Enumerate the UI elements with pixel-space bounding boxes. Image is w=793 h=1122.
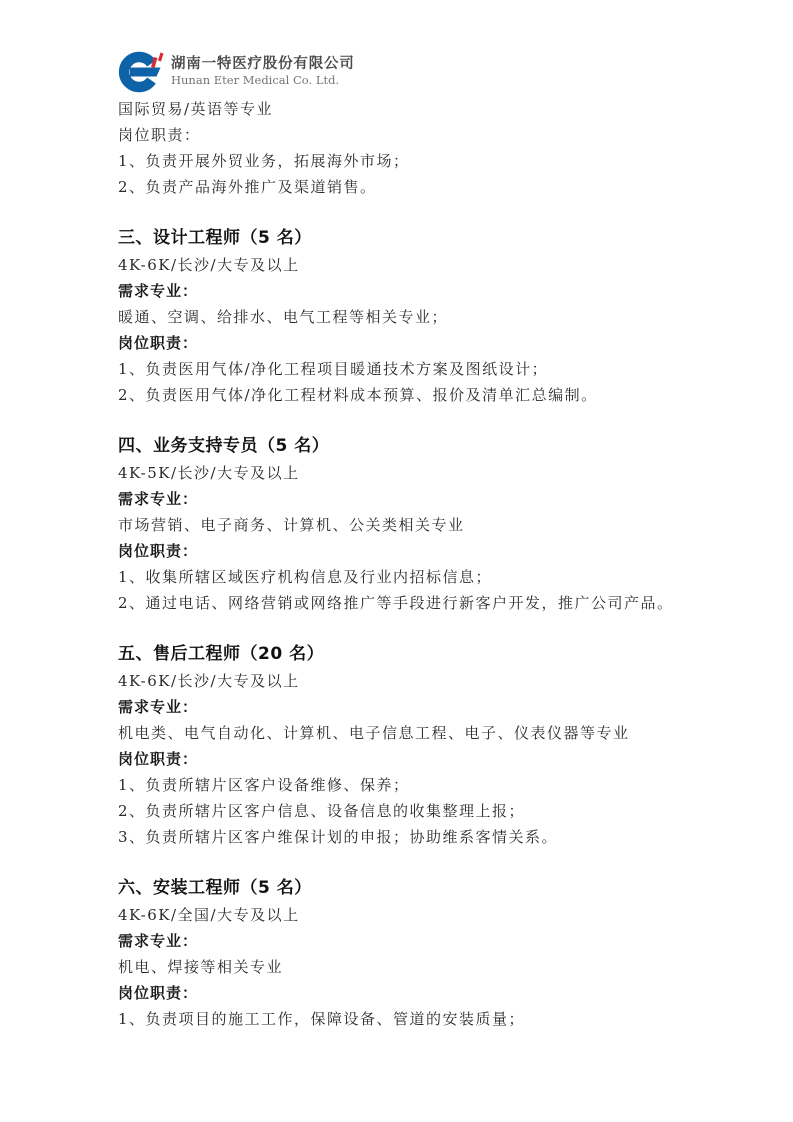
job-duty-item: 1、负责所辖片区客户设备维修、保养； bbox=[118, 772, 723, 798]
job-majors: 市场营销、电子商务、计算机、公关类相关专业 bbox=[118, 512, 723, 538]
job-duty-item: 1、收集所辖区域医疗机构信息及行业内招标信息； bbox=[118, 564, 723, 590]
intro-majors: 国际贸易/英语等专业 bbox=[118, 96, 723, 122]
job-title: 四、业务支持专员（5 名） bbox=[118, 432, 723, 460]
company-name-block: 湖南一特医疗股份有限公司 Hunan Eter Medical Co. Ltd. bbox=[171, 48, 355, 88]
job-duty-item: 2、负责所辖片区客户信息、设备信息的收集整理上报； bbox=[118, 798, 723, 824]
job-duty-item: 2、负责医用气体/净化工程材料成本预算、报价及清单汇总编制。 bbox=[118, 382, 723, 408]
company-logo-icon bbox=[118, 48, 164, 94]
job-title: 五、售后工程师（20 名） bbox=[118, 640, 723, 668]
job-duty-item: 1、负责医用气体/净化工程项目暖通技术方案及图纸设计； bbox=[118, 356, 723, 382]
job-salary-line: 4K-6K/长沙/大专及以上 bbox=[118, 252, 723, 278]
company-name-english: Hunan Eter Medical Co. Ltd. bbox=[171, 73, 355, 88]
major-label: 需求专业： bbox=[118, 278, 723, 304]
job-salary-line: 4K-6K/全国/大专及以上 bbox=[118, 902, 723, 928]
intro-duty-item: 1、负责开展外贸业务，拓展海外市场； bbox=[118, 148, 723, 174]
intro-duty-item: 2、负责产品海外推广及渠道销售。 bbox=[118, 174, 723, 200]
intro-duty-label: 岗位职责： bbox=[118, 122, 723, 148]
major-label: 需求专业： bbox=[118, 486, 723, 512]
job-duty-item: 3、负责所辖片区客户维保计划的申报；协助维系客情关系。 bbox=[118, 824, 723, 850]
job-duty-item: 2、通过电话、网络营销或网络推广等手段进行新客户开发，推广公司产品。 bbox=[118, 590, 723, 616]
company-header: 湖南一特医疗股份有限公司 Hunan Eter Medical Co. Ltd. bbox=[118, 48, 723, 95]
job-majors: 机电类、电气自动化、计算机、电子信息工程、电子、仪表仪器等专业 bbox=[118, 720, 723, 746]
intro-section: 国际贸易/英语等专业 岗位职责： 1、负责开展外贸业务，拓展海外市场； 2、负责… bbox=[118, 96, 723, 200]
company-name-chinese: 湖南一特医疗股份有限公司 bbox=[171, 54, 355, 73]
job-majors: 暖通、空调、给排水、电气工程等相关专业； bbox=[118, 304, 723, 330]
duty-label: 岗位职责： bbox=[118, 980, 723, 1006]
duty-label: 岗位职责： bbox=[118, 330, 723, 356]
duty-label: 岗位职责： bbox=[118, 746, 723, 772]
job-title: 三、设计工程师（5 名） bbox=[118, 224, 723, 252]
job-duty-item: 1、负责项目的施工工作，保障设备、管道的安装质量； bbox=[118, 1006, 723, 1032]
job-title: 六、安装工程师（5 名） bbox=[118, 874, 723, 902]
job-section-design-engineer: 三、设计工程师（5 名） 4K-6K/长沙/大专及以上 需求专业： 暖通、空调、… bbox=[118, 224, 723, 408]
job-section-aftersales-engineer: 五、售后工程师（20 名） 4K-6K/长沙/大专及以上 需求专业： 机电类、电… bbox=[118, 640, 723, 850]
major-label: 需求专业： bbox=[118, 694, 723, 720]
major-label: 需求专业： bbox=[118, 928, 723, 954]
document-page: 湖南一特医疗股份有限公司 Hunan Eter Medical Co. Ltd.… bbox=[0, 0, 793, 1122]
duty-label: 岗位职责： bbox=[118, 538, 723, 564]
document-body: 国际贸易/英语等专业 岗位职责： 1、负责开展外贸业务，拓展海外市场； 2、负责… bbox=[118, 96, 723, 1032]
job-section-installation-engineer: 六、安装工程师（5 名） 4K-6K/全国/大专及以上 需求专业： 机电、焊接等… bbox=[118, 874, 723, 1032]
job-majors: 机电、焊接等相关专业 bbox=[118, 954, 723, 980]
job-salary-line: 4K-6K/长沙/大专及以上 bbox=[118, 668, 723, 694]
job-salary-line: 4K-5K/长沙/大专及以上 bbox=[118, 460, 723, 486]
job-section-business-support: 四、业务支持专员（5 名） 4K-5K/长沙/大专及以上 需求专业： 市场营销、… bbox=[118, 432, 723, 616]
